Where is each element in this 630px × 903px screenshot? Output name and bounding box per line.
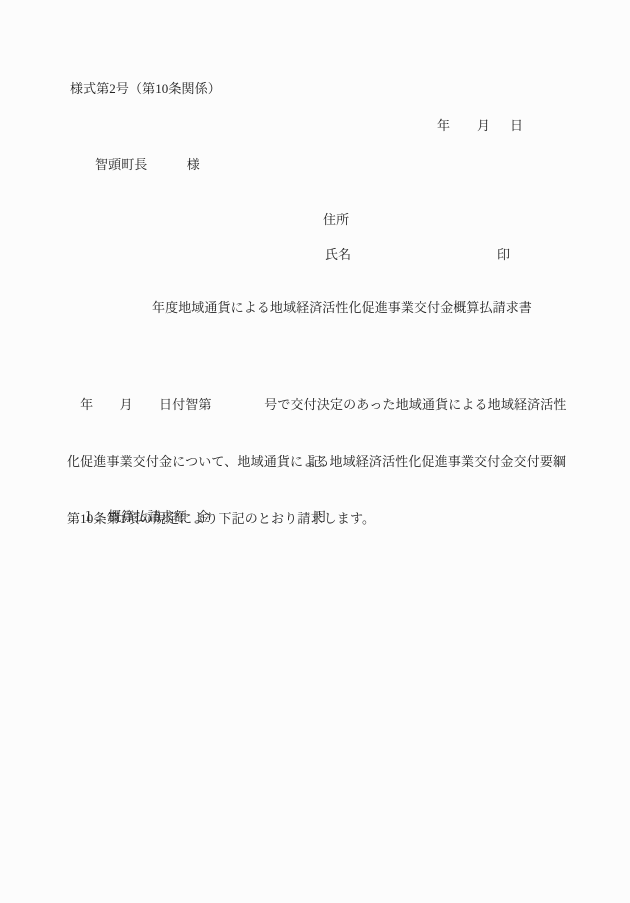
date-year-label: 年 <box>437 118 450 134</box>
claim-form-page: 様式第2号（第10条関係） 年 月 日 智頭町長 様 住所 氏名 印 年度地域通… <box>0 0 630 903</box>
document-title: 年度地域通貨による地域経済活性化促進事業交付金概算払請求書 <box>152 300 532 316</box>
date-month-label: 月 <box>477 118 490 134</box>
record-marker: 記 <box>0 451 630 470</box>
addressee-line: 智頭町長 様 <box>95 157 200 173</box>
body-line-1: 年 月 日付智第 号で交付決定のあった地域通貨による地域経済活性 <box>67 395 572 414</box>
seal-label: 印 <box>497 247 510 263</box>
form-number: 様式第2号（第10条関係） <box>70 81 221 97</box>
item1-unit-label: 円 <box>313 509 326 525</box>
date-day-label: 日 <box>510 118 523 134</box>
item1-label: １．概算払請求額 <box>82 509 187 525</box>
name-label: 氏名 <box>325 247 351 263</box>
address-label: 住所 <box>323 212 349 228</box>
item1-currency-prefix: 金 <box>197 509 210 525</box>
